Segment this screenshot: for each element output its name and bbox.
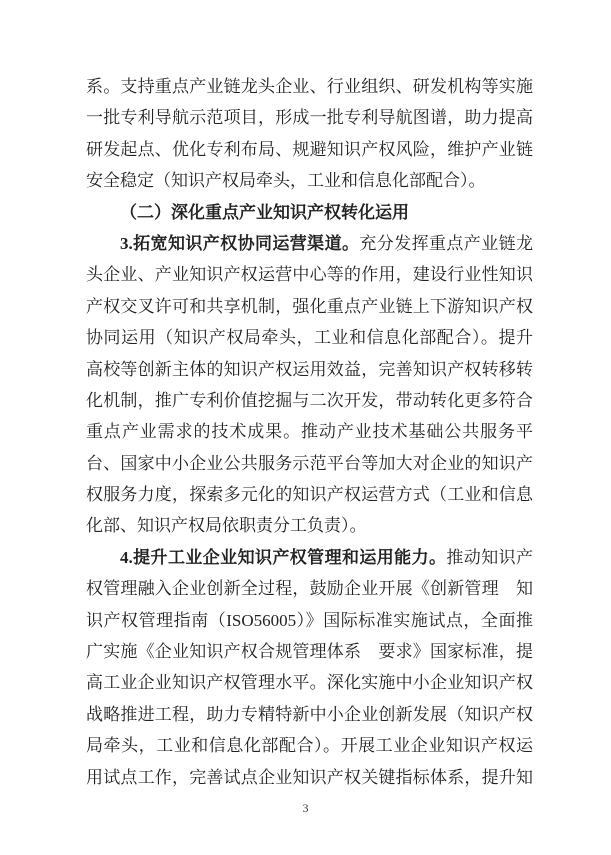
- text-line: 识产权管理指南（ISO56005）》国际标准实施试点，全面推: [86, 605, 533, 636]
- text-line: 权管理融入企业创新全过程，鼓励企业开展《创新管理 知: [86, 573, 533, 604]
- text-line: 权服务力度，探索多元化的知识产权运营方式（工业和信息: [86, 479, 533, 510]
- document-page: 系。支持重点产业链龙头企业、行业组织、研发机构等实施一批专利导航示范项目，形成一…: [0, 0, 611, 855]
- text-line: 4.提升工业企业知识产权管理和运用能力。推动知识产: [86, 542, 533, 573]
- bold-text-run: （二）深化重点产业知识产权转化运用: [120, 203, 409, 222]
- text-run: 权管理融入企业创新全过程，鼓励企业开展《创新管理 知: [86, 579, 533, 598]
- text-run: 推动知识产: [446, 548, 533, 567]
- text-run: 化机制，推广专利价值挖掘与二次开发，带动转化更多符合: [86, 391, 533, 410]
- text-run: 局牵头，工业和信息化部配合）。开展工业企业知识产权运: [86, 736, 533, 755]
- text-run: 重点产业需求的技术成果。推动产业技术基础公共服务平: [86, 422, 533, 441]
- text-line: 安全稳定（知识产权局牵头，工业和信息化部配合）。: [86, 165, 533, 196]
- text-run: 识产权管理指南（ISO56005）》国际标准实施试点，全面推: [86, 611, 533, 630]
- text-line: 系。支持重点产业链龙头企业、行业组织、研发机构等实施: [86, 71, 533, 102]
- bold-text-run: 4.提升工业企业知识产权管理和运用能力。: [120, 548, 446, 567]
- text-line: 台、国家中小企业公共服务示范平台等加大对企业的知识产: [86, 448, 533, 479]
- text-line: 高工业企业知识产权管理水平。深化实施中小企业知识产权: [86, 667, 533, 698]
- text-line: 局牵头，工业和信息化部配合）。开展工业企业知识产权运: [86, 730, 533, 761]
- text-line: 一批专利导航示范项目，形成一批专利导航图谱，助力提高: [86, 102, 533, 133]
- text-run: 安全稳定（知识产权局牵头，工业和信息化部配合）。: [86, 171, 486, 190]
- text-run: 广实施《企业知识产权合规管理体系 要求》国家标准，提: [86, 642, 533, 661]
- text-line: 化机制，推广专利价值挖掘与二次开发，带动转化更多符合: [86, 385, 533, 416]
- text-line: 战略推进工程，助力专精特新中小企业创新发展（知识产权: [86, 699, 533, 730]
- text-run: 头企业、产业知识产权运营中心等的作用，建设行业性知识: [86, 265, 533, 284]
- text-line: 重点产业需求的技术成果。推动产业技术基础公共服务平: [86, 416, 533, 447]
- text-run: 化部、知识产权局依职责分工负责）。: [86, 516, 367, 535]
- page-number: 3: [0, 801, 611, 816]
- text-run: 台、国家中小企业公共服务示范平台等加大对企业的知识产: [86, 454, 533, 473]
- text-line: 高校等创新主体的知识产权运用效益，完善知识产权转移转: [86, 354, 533, 385]
- text-run: 高校等创新主体的知识产权运用效益，完善知识产权转移转: [86, 360, 533, 379]
- document-body: 系。支持重点产业链龙头企业、行业组织、研发机构等实施一批专利导航示范项目，形成一…: [86, 71, 533, 793]
- text-run: 用试点工作，完善试点企业知识产权关键指标体系，提升知: [86, 768, 533, 787]
- text-run: 协同运用（知识产权局牵头，工业和信息化部配合）。提升: [86, 328, 533, 347]
- text-line: 用试点工作，完善试点企业知识产权关键指标体系，提升知: [86, 762, 533, 793]
- text-run: 战略推进工程，助力专精特新中小企业创新发展（知识产权: [86, 705, 533, 724]
- text-run: 产权交叉许可和共享机制，强化重点产业链上下游知识产权: [86, 297, 533, 316]
- text-run: 充分发挥重点产业链龙: [359, 234, 533, 253]
- text-run: 权服务力度，探索多元化的知识产权运营方式（工业和信息: [86, 485, 533, 504]
- text-line: 头企业、产业知识产权运营中心等的作用，建设行业性知识: [86, 259, 533, 290]
- text-line: 协同运用（知识产权局牵头，工业和信息化部配合）。提升: [86, 322, 533, 353]
- text-line: 产权交叉许可和共享机制，强化重点产业链上下游知识产权: [86, 291, 533, 322]
- text-run: 一批专利导航示范项目，形成一批专利导航图谱，助力提高: [86, 108, 533, 127]
- text-line: 广实施《企业知识产权合规管理体系 要求》国家标准，提: [86, 636, 533, 667]
- text-run: 系。支持重点产业链龙头企业、行业组织、研发机构等实施: [86, 77, 533, 96]
- text-run: 高工业企业知识产权管理水平。深化实施中小企业知识产权: [86, 673, 533, 692]
- text-run: 研发起点、优化专利布局、规避知识产权风险，维护产业链: [86, 140, 533, 159]
- bold-text-run: 3.拓宽知识产权协同运营渠道。: [120, 234, 359, 253]
- text-line: 3.拓宽知识产权协同运营渠道。充分发挥重点产业链龙: [86, 228, 533, 259]
- text-line: （二）深化重点产业知识产权转化运用: [86, 197, 533, 228]
- text-line: 研发起点、优化专利布局、规避知识产权风险，维护产业链: [86, 134, 533, 165]
- text-line: 化部、知识产权局依职责分工负责）。: [86, 510, 533, 541]
